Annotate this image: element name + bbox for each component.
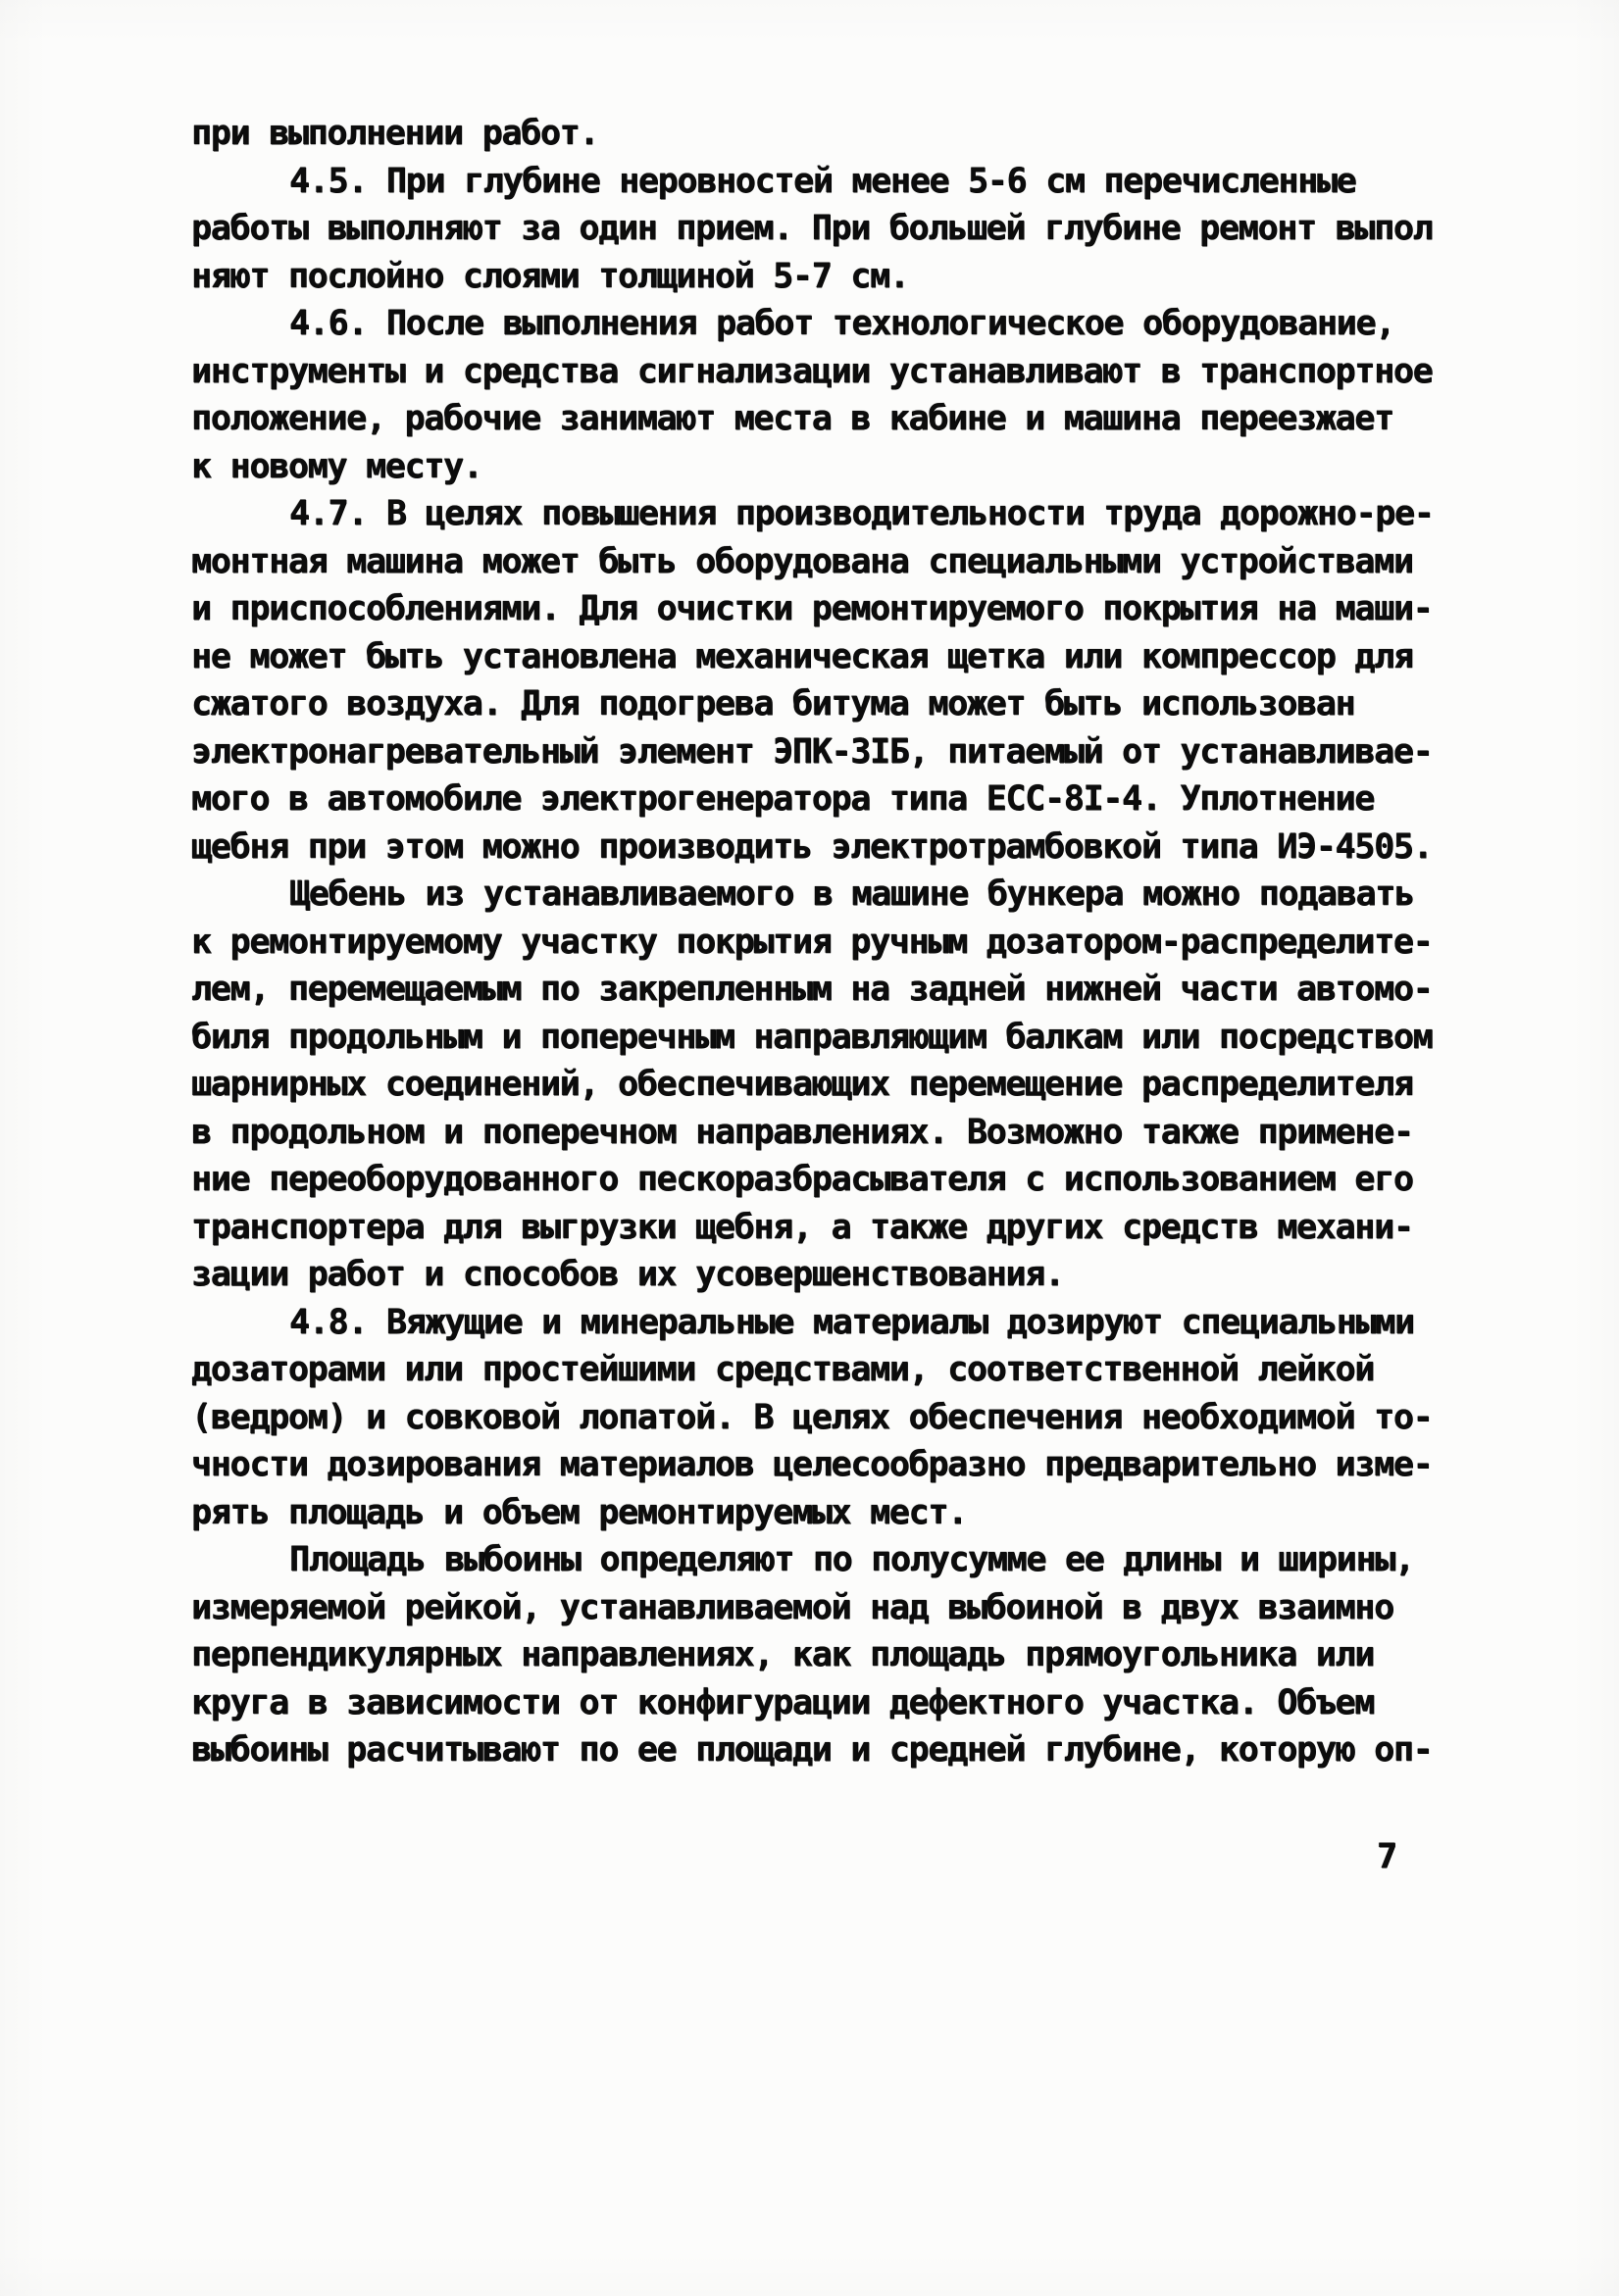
text-line: 4.6. После выполнения работ технологичес…: [191, 300, 1466, 348]
text-line: к ремонтируемому участку покрытия ручным…: [191, 919, 1466, 967]
scanned-document-page: при выполнении работ.4.5. При глубине не…: [0, 0, 1619, 2296]
text-line: 4.5. При глубине неровностей менее 5-6 с…: [191, 158, 1466, 206]
text-line: рять площадь и объем ремонтируемых мест.: [191, 1489, 1466, 1537]
text-line: зации работ и способов их усовершенствов…: [191, 1251, 1466, 1299]
text-line: измеряемой рейкой, устанавливаемой над в…: [191, 1584, 1466, 1632]
text-line: 4.7. В целях повышения производительност…: [191, 490, 1466, 538]
text-line: шарнирных соединений, обеспечивающих пер…: [191, 1061, 1466, 1109]
text-line: монтная машина может быть оборудована сп…: [191, 538, 1466, 586]
text-line: круга в зависимости от конфигурации дефе…: [191, 1679, 1466, 1727]
text-line: не может быть установлена механическая щ…: [191, 633, 1466, 681]
text-line: щебня при этом можно производить электро…: [191, 824, 1466, 872]
text-line: (ведром) и совковой лопатой. В целях обе…: [191, 1394, 1466, 1442]
text-line: няют послойно слоями толщиной 5-7 см.: [191, 253, 1466, 301]
text-line: в продольном и поперечном направлениях. …: [191, 1109, 1466, 1157]
text-line: выбоины расчитывают по ее площади и сред…: [191, 1726, 1466, 1774]
text-line: транспортера для выгрузки щебня, а также…: [191, 1204, 1466, 1252]
text-line: ние переоборудованного пескоразбрасывате…: [191, 1156, 1466, 1204]
text-line: при выполнении работ.: [191, 110, 1466, 158]
text-line: чности дозирования материалов целесообра…: [191, 1441, 1466, 1489]
text-line: сжатого воздуха. Для подогрева битума мо…: [191, 680, 1466, 728]
text-line: дозаторами или простейшими средствами, с…: [191, 1346, 1466, 1394]
text-line: Щебень из устанавливаемого в машине бунк…: [191, 871, 1466, 919]
text-line: лем, перемещаемым по закрепленным на зад…: [191, 966, 1466, 1014]
page-number: 7: [1377, 1835, 1396, 1878]
text-line: инструменты и средства сигнализации уста…: [191, 348, 1466, 396]
text-line: положение, рабочие занимают места в каби…: [191, 395, 1466, 443]
text-line: и приспособлениями. Для очистки ремонтир…: [191, 585, 1466, 633]
text-line: работы выполняют за один прием. При боль…: [191, 205, 1466, 253]
text-line: электронагревательный элемент ЭПК-3IБ, п…: [191, 728, 1466, 776]
text-line: 4.8. Вяжущие и минеральные материалы доз…: [191, 1299, 1466, 1347]
text-line: биля продольным и поперечным направляющи…: [191, 1014, 1466, 1062]
text-line: мого в автомобиле электрогенератора типа…: [191, 775, 1466, 824]
typewritten-text-block: при выполнении работ.4.5. При глубине не…: [191, 110, 1466, 1774]
text-line: Площадь выбоины определяют по полусумме …: [191, 1536, 1466, 1584]
text-line: перпендикулярных направлениях, как площа…: [191, 1631, 1466, 1679]
text-line: к новому месту.: [191, 443, 1466, 491]
